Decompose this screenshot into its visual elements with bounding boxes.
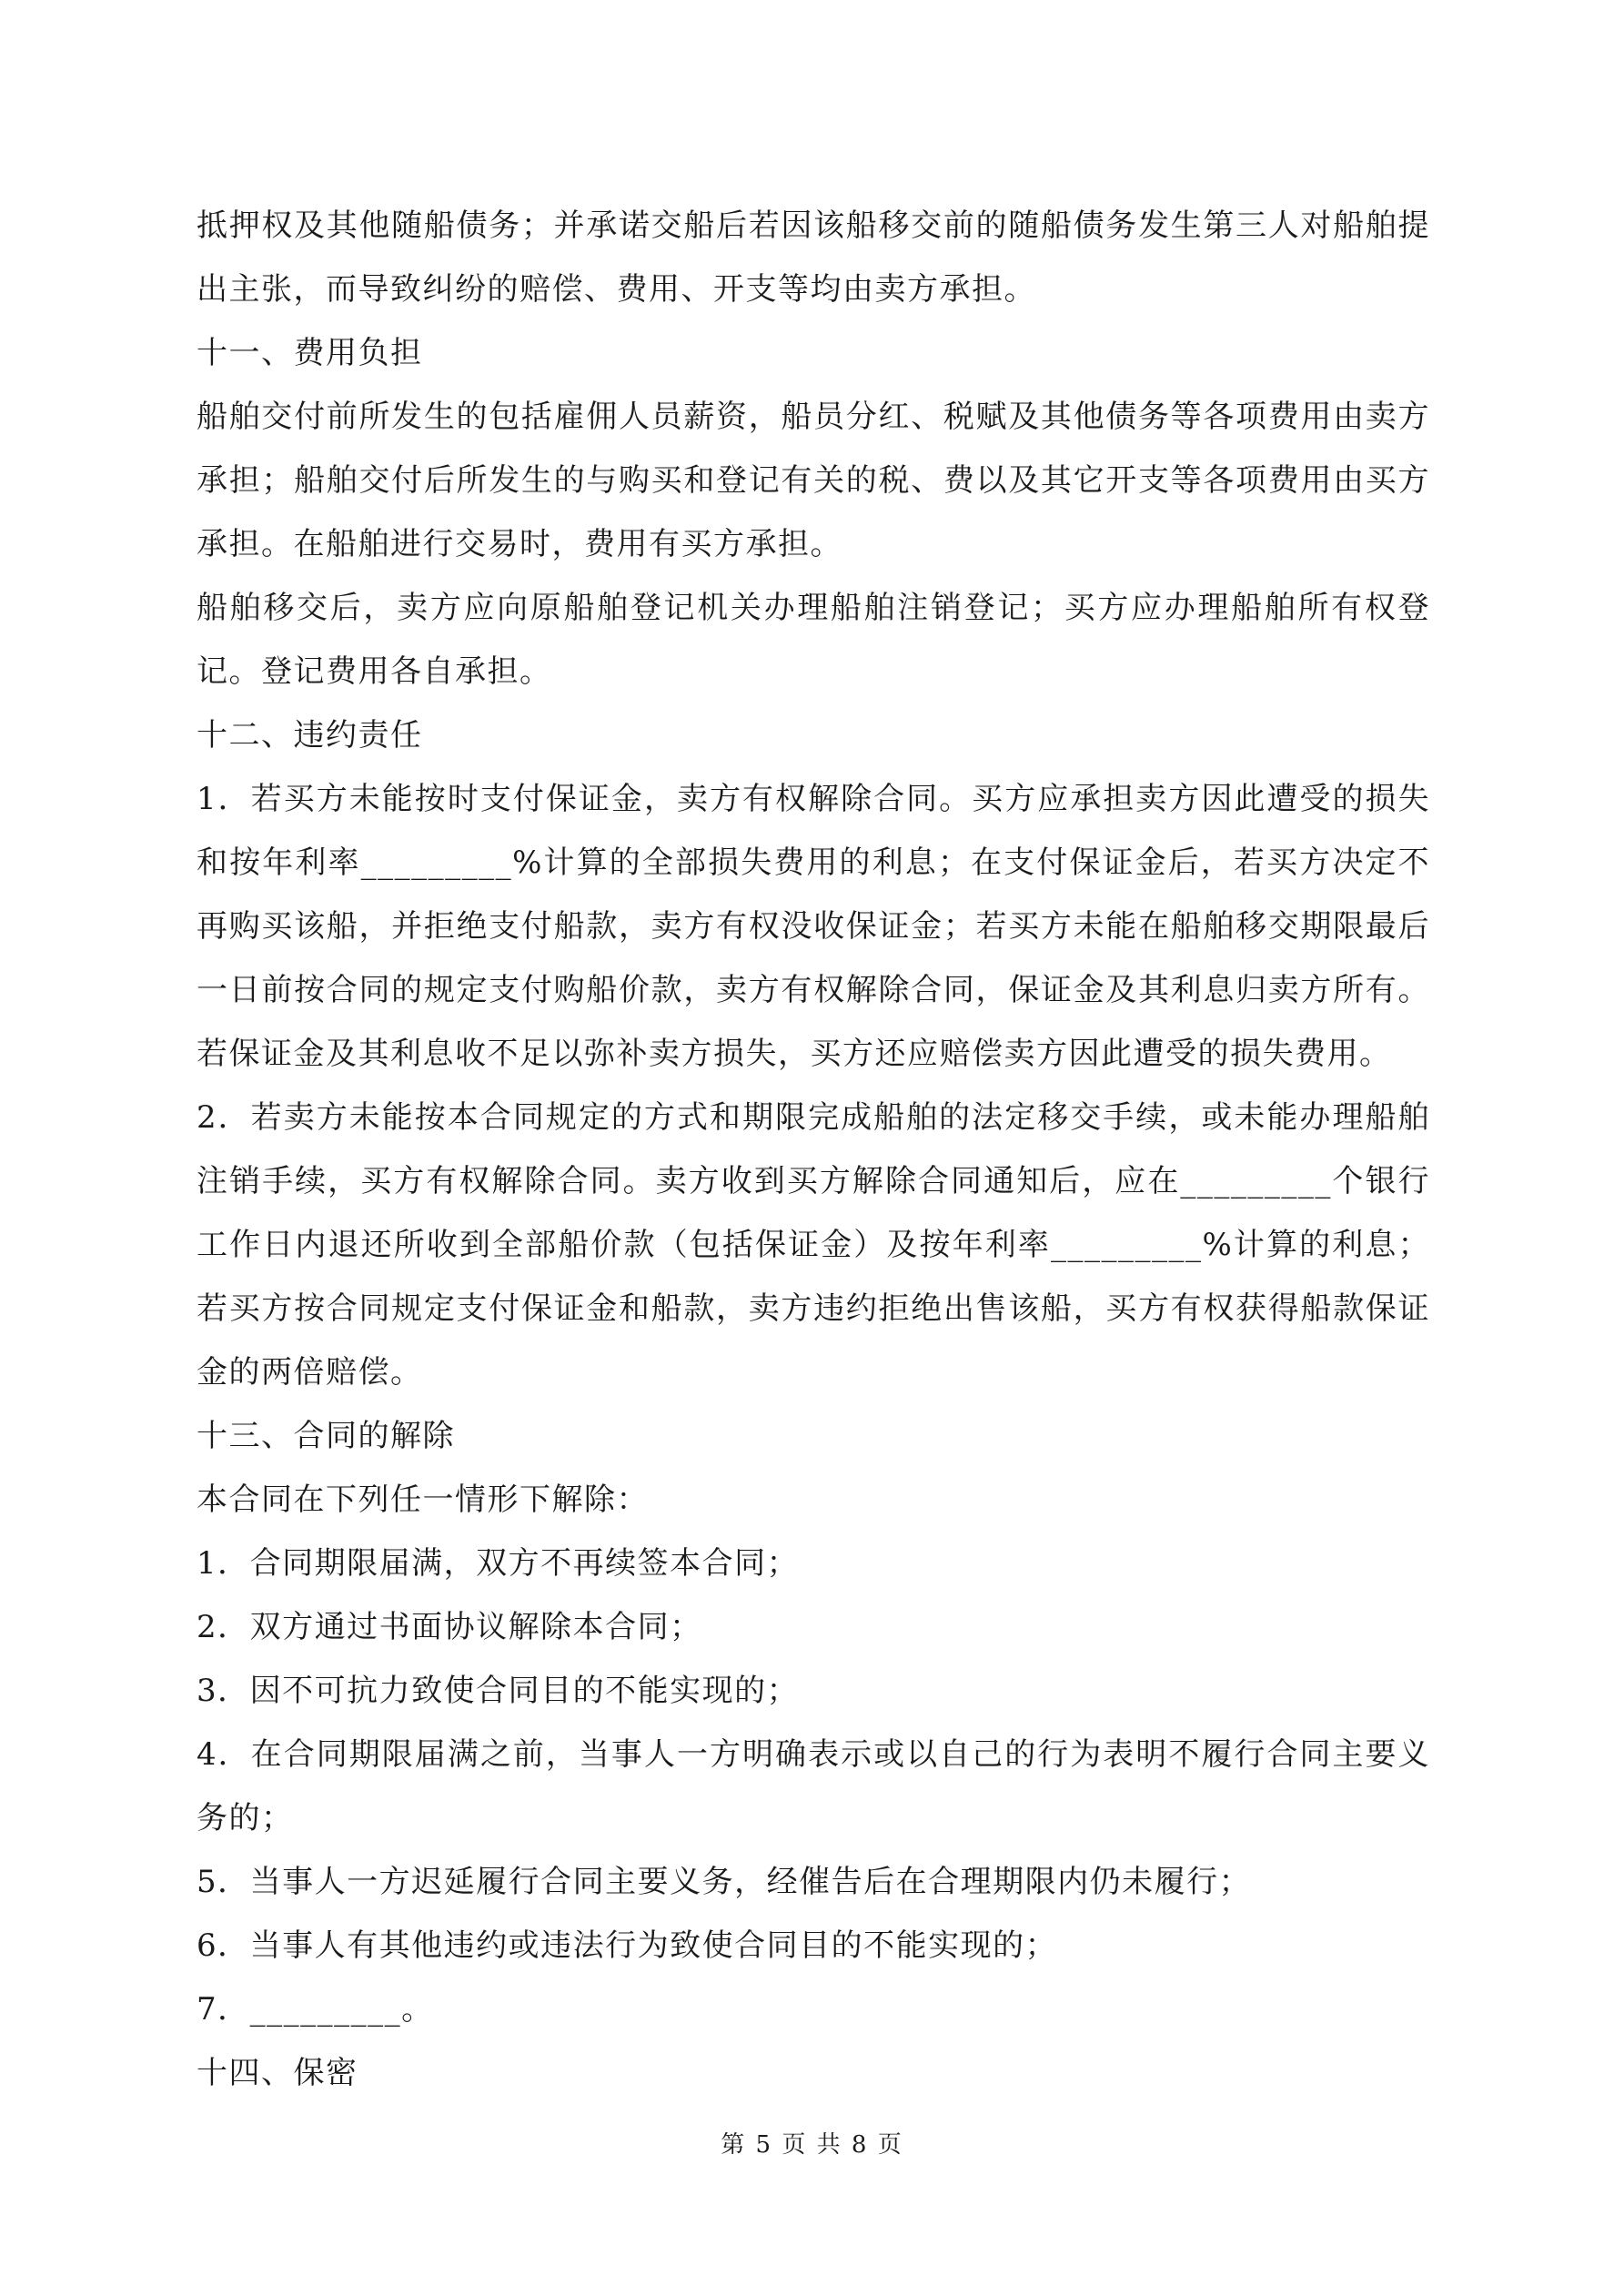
contract-list-item: 1．合同期限届满，双方不再续签本合同； (197, 1532, 1430, 1595)
contract-paragraph: 船舶移交后，卖方应向原船舶登记机关办理船舶注销登记；买方应办理船舶所有权登记。登… (197, 576, 1430, 703)
contract-paragraph: 船舶交付前所发生的包括雇佣人员薪资，船员分红、税赋及其他债务等各项费用由卖方承担… (197, 385, 1430, 576)
contract-list-item: 5．当事人一方迟延履行合同主要义务，经催告后在合理期限内仍未履行； (197, 1850, 1430, 1914)
contract-paragraph: 1．若买方未能按时支付保证金，卖方有权解除合同。买方应承担卖方因此遭受的损失和按… (197, 767, 1430, 1086)
section-heading: 十一、费用负担 (197, 321, 1430, 385)
contract-paragraph: 2．若卖方未能按本合同规定的方式和期限完成船舶的法定移交手续，或未能办理船舶注销… (197, 1086, 1430, 1404)
contract-list-item: 6．当事人有其他违约或违法行为致使合同目的不能实现的； (197, 1914, 1430, 1977)
document-page: 抵押权及其他随船债务；并承诺交船后若因该船移交前的随船债务发生第三人对船舶提出主… (0, 0, 1624, 2296)
contract-paragraph: 本合同在下列任一情形下解除： (197, 1468, 1430, 1532)
section-heading: 十二、违约责任 (197, 703, 1430, 767)
contract-text-block: 抵押权及其他随船债务；并承诺交船后若因该船移交前的随船债务发生第三人对船舶提出主… (197, 194, 1430, 2105)
contract-list-item: 4．在合同期限届满之前，当事人一方明确表示或以自己的行为表明不履行合同主要义务的… (197, 1723, 1430, 1850)
contract-list-item: 3．因不可抗力致使合同目的不能实现的； (197, 1659, 1430, 1723)
section-heading: 十四、保密 (197, 2041, 1430, 2105)
contract-list-item: 2．双方通过书面协议解除本合同； (197, 1595, 1430, 1659)
contract-paragraph: 抵押权及其他随船债务；并承诺交船后若因该船移交前的随船债务发生第三人对船舶提出主… (197, 194, 1430, 321)
contract-list-item: 7．_________。 (197, 1977, 1430, 2041)
section-heading: 十三、合同的解除 (197, 1404, 1430, 1468)
page-number-footer: 第 5 页 共 8 页 (0, 2126, 1624, 2159)
